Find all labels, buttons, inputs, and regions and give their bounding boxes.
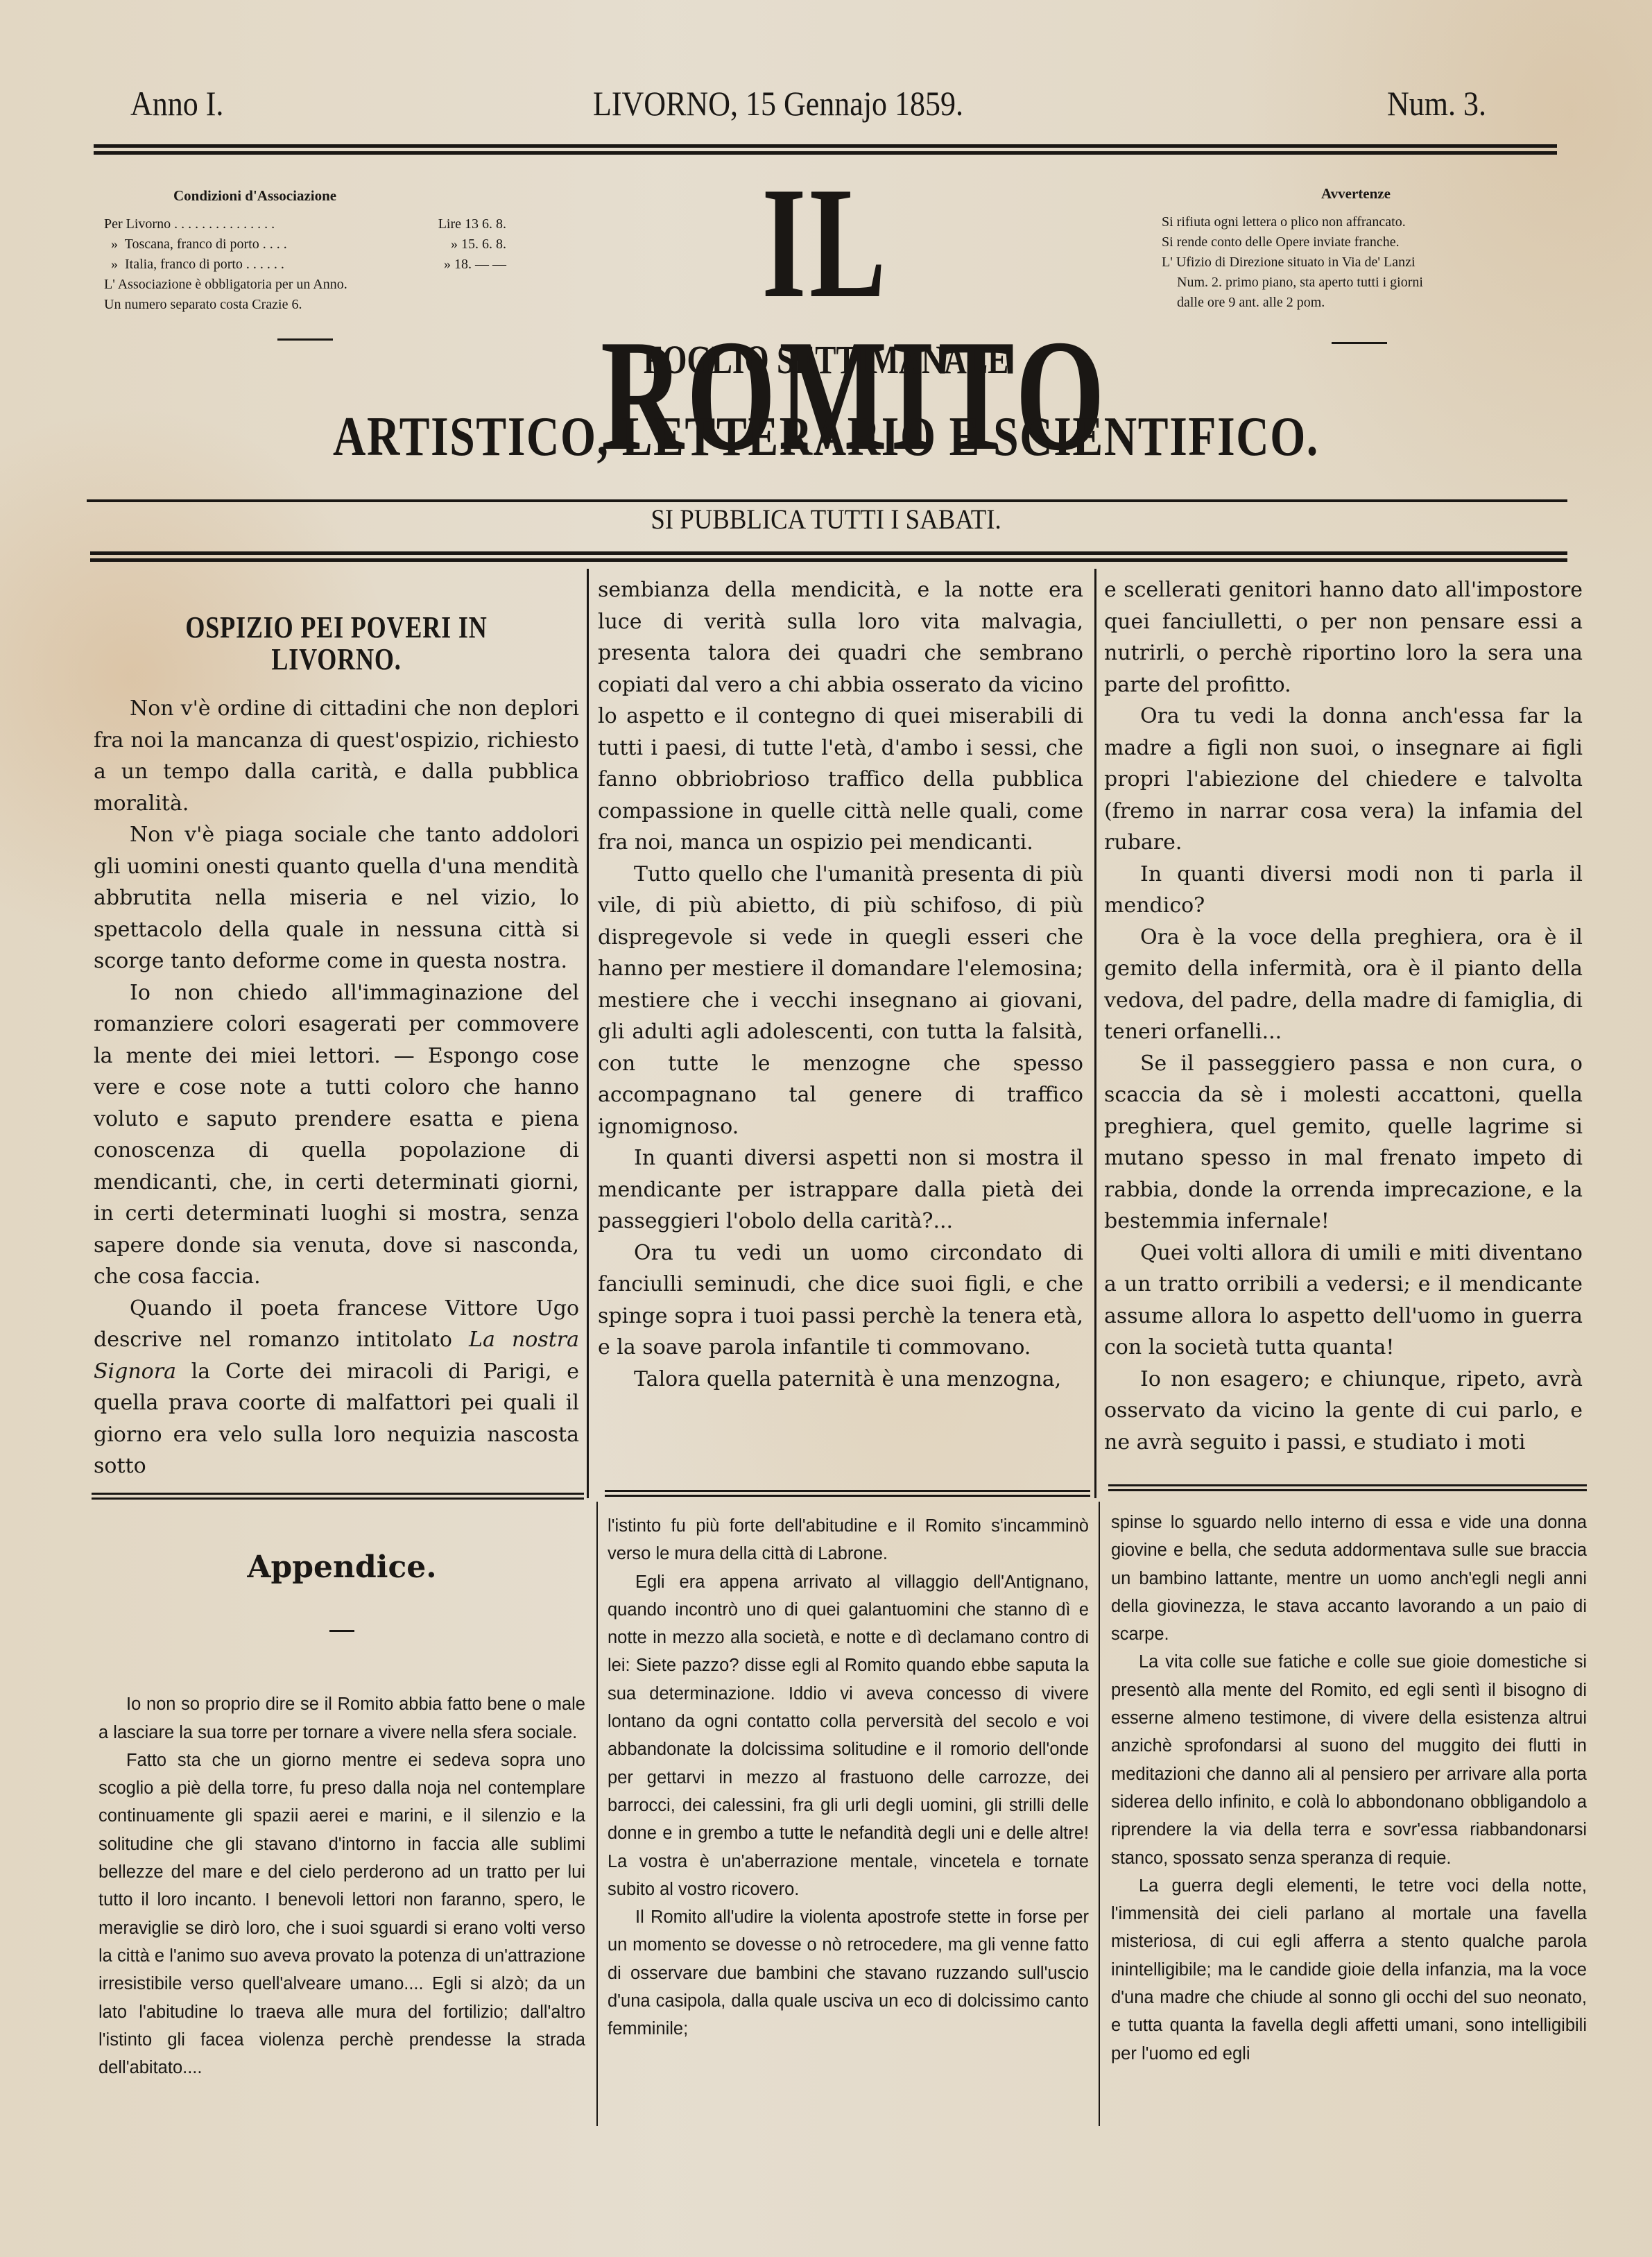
paragraph: Il Romito all'udire la violenta apostrof… xyxy=(608,1903,1089,2043)
paragraph: Quando il poeta francese Vittore Ugo des… xyxy=(94,1293,579,1482)
article-column-1: OSPIZIO PEI POVERI IN LIVORNO. Non v'è o… xyxy=(94,576,579,1482)
paragraph: Tutto quello che l'umanità presenta di p… xyxy=(598,859,1083,1143)
column-divider xyxy=(596,1502,598,2126)
paragraph: Quei volti allora di umili e miti divent… xyxy=(1104,1237,1583,1364)
masthead-topline: Anno I. LIVORNO, 15 Gennajo 1859. Num. 3… xyxy=(125,83,1554,139)
paragraph: La guerra degli elementi, le tetre voci … xyxy=(1111,1872,1587,2068)
paragraph-continuation: l'istinto fu più forte dell'abitudine e … xyxy=(608,1512,1089,1568)
subscription-conditions: Condizioni d'Associazione Per Livorno . … xyxy=(104,186,506,315)
appendice-title: Appendice. xyxy=(98,1554,585,1581)
paragraph: Non v'è piaga sociale che tanto addolori… xyxy=(94,819,579,977)
subtitle-subjects: ARTISTICO, LETTERARIO E SCIENTIFICO. xyxy=(148,406,1503,469)
notices-heading: Avvertenze xyxy=(1162,184,1550,204)
condition-row: » Italia, franco di porto . . . . . . » … xyxy=(104,255,506,275)
publication-schedule: SI PUBBLICA TUTTI I SABATI. xyxy=(66,503,1585,535)
paragraph: Io non esagero; e chiunque, ripeto, avrà… xyxy=(1104,1364,1583,1459)
paragraph: La vita colle sue fatiche e colle sue gi… xyxy=(1111,1648,1587,1871)
notice-line: L' Ufizio di Direzione situato in Via de… xyxy=(1162,252,1550,273)
volume-label: Anno I. xyxy=(130,83,223,123)
notices: Avvertenze Si rifiuta ogni lettera o pli… xyxy=(1162,184,1550,313)
masthead-double-rule xyxy=(94,144,1557,155)
article-column-2: sembianza della mendicità, e la notte er… xyxy=(598,574,1083,1395)
paragraph: Se il passeggiero passa e non cura, o sc… xyxy=(1104,1048,1583,1237)
paragraph: Non v'è ordine di cittadini che non depl… xyxy=(94,693,579,819)
paragraph: In quanti diversi modi non ti parla il m… xyxy=(1104,859,1583,922)
column-divider xyxy=(1099,1502,1100,2126)
notice-line: dalle ore 9 ant. alle 2 pom. xyxy=(1162,293,1550,313)
column-divider xyxy=(587,569,589,1498)
paragraph: Talora quella paternità è una menzogna, xyxy=(598,1364,1083,1396)
article-title: OSPIZIO PEI POVERI IN LIVORNO. xyxy=(137,612,535,675)
appendice-double-rule xyxy=(605,1490,1090,1497)
appendice-column-3: spinse lo sguardo nello interno di essa … xyxy=(1111,1509,1587,2068)
condition-row: Per Livorno . . . . . . . . . . . . . . … xyxy=(104,214,506,234)
conditions-note: L' Associazione è obbligatoria per un An… xyxy=(104,275,506,295)
paragraph: Io non chiedo all'immaginazione del roma… xyxy=(94,977,579,1293)
paragraph-continuation: sembianza della mendicità, e la notte er… xyxy=(598,574,1083,859)
notice-line: Num. 2. primo piano, sta aperto tutti i … xyxy=(1162,273,1550,293)
column-divider xyxy=(1094,569,1096,1498)
appendice-column-2: l'istinto fu più forte dell'abitudine e … xyxy=(608,1512,1089,2043)
subtitle-weekly: FOGLIO SETTIMANALE xyxy=(182,336,1470,383)
article-column-3: e scellerati genitori hanno dato all'imp… xyxy=(1104,574,1583,1458)
paragraph: Ora tu vedi un uomo circondato di fanciu… xyxy=(598,1237,1083,1364)
issue-number: Num. 3. xyxy=(1387,83,1486,123)
conditions-heading: Condizioni d'Associazione xyxy=(173,186,506,206)
ornament-dash xyxy=(329,1630,354,1632)
paragraph: Fatto sta che un giorno mentre ei sedeva… xyxy=(98,1747,585,2082)
subtitle-rule xyxy=(87,499,1567,502)
appendice-double-rule xyxy=(1108,1484,1587,1491)
notice-line: Si rifiuta ogni lettera o plico non affr… xyxy=(1162,212,1550,232)
body-top-double-rule xyxy=(90,551,1567,562)
condition-row: » Toscana, franco di porto . . . . » 15.… xyxy=(104,234,506,255)
paragraph: Ora è la voce della preghiera, ora è il … xyxy=(1104,922,1583,1048)
appendice-column-1: Appendice. Io non so proprio dire se il … xyxy=(98,1498,585,2082)
paragraph-continuation: e scellerati genitori hanno dato all'imp… xyxy=(1104,574,1583,701)
paragraph: Io non so proprio dire se il Romito abbi… xyxy=(98,1690,585,1747)
conditions-note: Un numero separato costa Crazie 6. xyxy=(104,295,506,315)
paragraph-continuation: spinse lo sguardo nello interno di essa … xyxy=(1111,1509,1587,1648)
notice-line: Si rende conto delle Opere inviate franc… xyxy=(1162,232,1550,252)
paragraph: Egli era appena arrivato al villaggio de… xyxy=(608,1568,1089,1904)
dateline: LIVORNO, 15 Gennajo 1859. xyxy=(593,83,963,123)
paragraph: Ora tu vedi la donna anch'essa far la ma… xyxy=(1104,701,1583,859)
paragraph: In quanti diversi aspetti non si mostra … xyxy=(598,1142,1083,1237)
